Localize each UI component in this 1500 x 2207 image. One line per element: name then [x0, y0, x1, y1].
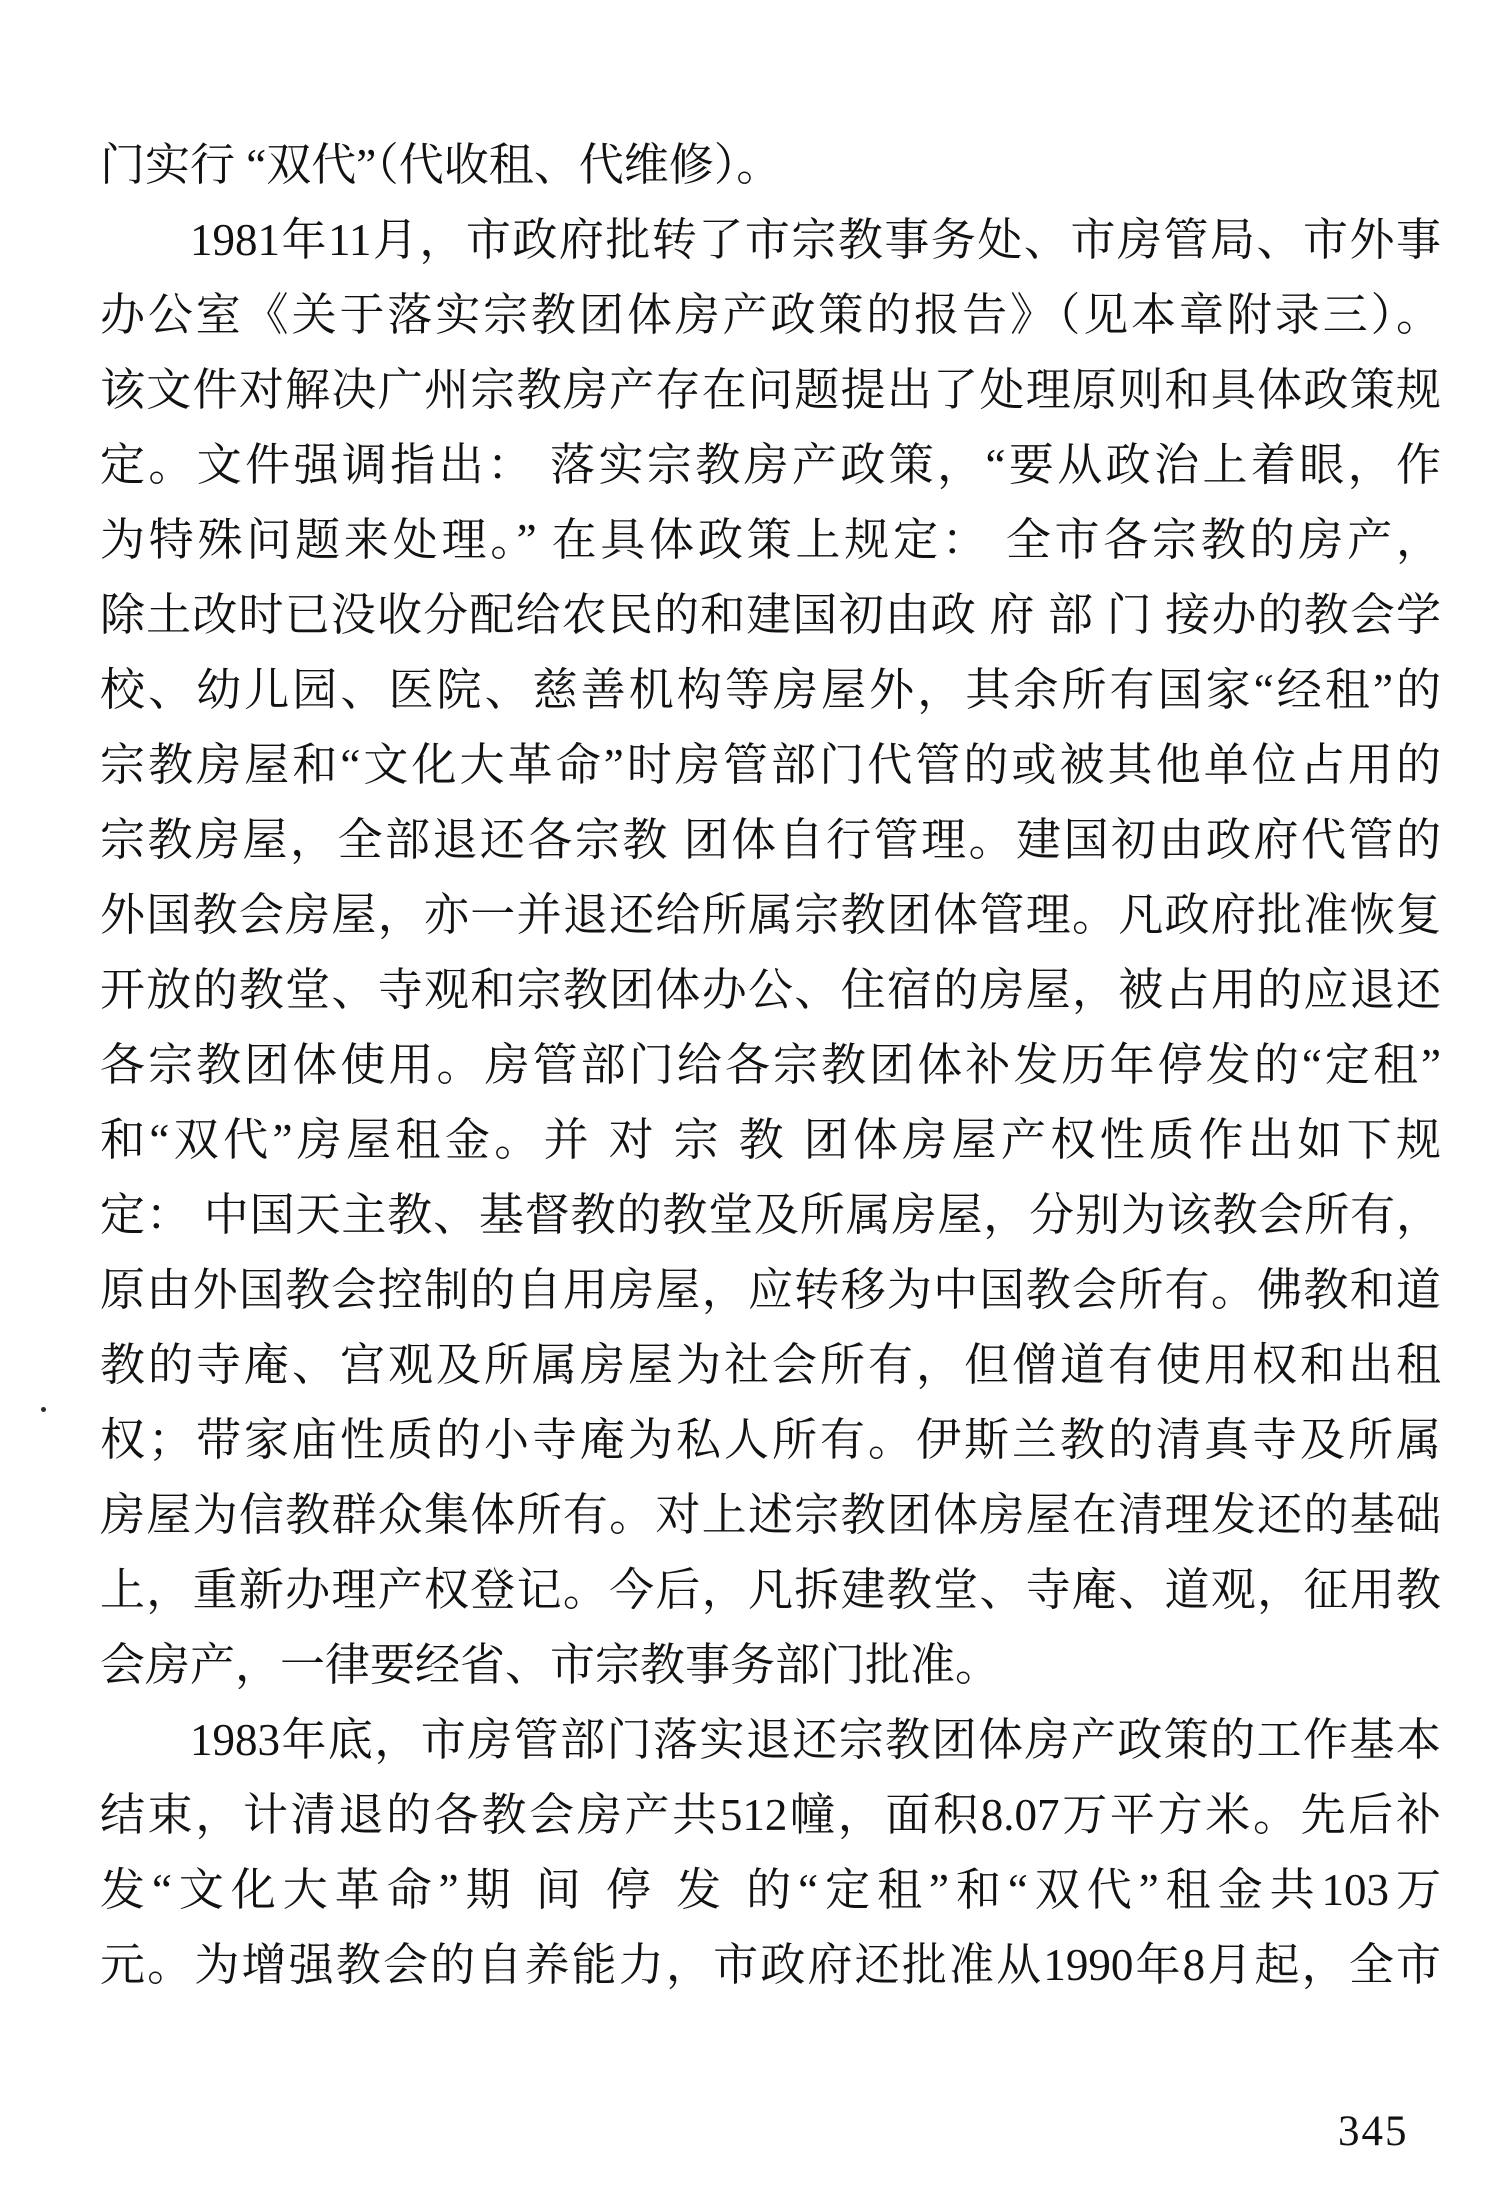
text-line: 为特殊问题来处理。” 在具体政策上规定： 全市各宗教的房产， — [100, 503, 1441, 578]
text-line: 开放的教堂、寺观和宗教团体办公、住宿的房屋，被占用的应退还 — [100, 953, 1441, 1028]
scan-speck — [41, 1407, 46, 1412]
text-line: 和“双代”房屋租金。并 对 宗 教 团体房屋产权性质作出如下规 — [100, 1103, 1441, 1178]
text-line: 校、幼儿园、医院、慈善机构等房屋外，其余所有国家“经租”的 — [100, 653, 1441, 728]
text-line: 门实行 “双代”（代收租、代维修）。 — [100, 128, 1441, 203]
page-number: 345 — [1338, 2106, 1409, 2158]
text-line: 房屋为信教群众集体所有。对上述宗教团体房屋在清理发还的基础 — [100, 1478, 1441, 1553]
text-line: 原由外国教会控制的自用房屋，应转移为中国教会所有。佛教和道 — [100, 1253, 1441, 1328]
text-line: 外国教会房屋，亦一并退还给所属宗教团体管理。凡政府批准恢复 — [100, 878, 1441, 953]
text-line: 元。为增强教会的自养能力，市政府还批准从1990年8月起，全市 — [100, 1928, 1441, 2003]
text-line: 发“文化大革命”期 间 停 发 的“定租”和“双代”租金共103万 — [100, 1853, 1441, 1928]
text-line: 上，重新办理产权登记。今后，凡拆建教堂、寺庵、道观，征用教 — [100, 1553, 1441, 1628]
text-line: 教的寺庵、宫观及所属房屋为社会所有，但僧道有使用权和出租 — [100, 1328, 1441, 1403]
text-line: 1983年底，市房管部门落实退还宗教团体房产政策的工作基本 — [100, 1703, 1441, 1778]
text-line: 除土改时已没收分配给农民的和建国初由政 府 部 门 接办的教会学 — [100, 578, 1441, 653]
text-line: 结束，计清退的各教会房产共512幢，面积8.07万平方米。先后补 — [100, 1778, 1441, 1853]
text-line: 各宗教团体使用。房管部门给各宗教团体补发历年停发的“定租” — [100, 1028, 1441, 1103]
book-page: 门实行 “双代”（代收租、代维修）。 1981年11月，市政府批转了市宗教事务处… — [0, 0, 1500, 2207]
text-line: 该文件对解决广州宗教房产存在问题提出了处理原则和具体政策规 — [100, 353, 1441, 428]
text-line: 权；带家庙性质的小寺庵为私人所有。伊斯兰教的清真寺及所属 — [100, 1403, 1441, 1478]
text-line: 1981年11月，市政府批转了市宗教事务处、市房管局、市外事 — [100, 203, 1441, 278]
page-text: 门实行 “双代”（代收租、代维修）。 1981年11月，市政府批转了市宗教事务处… — [100, 128, 1441, 2003]
text-line: 宗教房屋和“文化大革命”时房管部门代管的或被其他单位占用的 — [100, 728, 1441, 803]
text-line: 宗教房屋，全部退还各宗教 团体自行管理。建国初由政府代管的 — [100, 803, 1441, 878]
text-line: 定： 中国天主教、基督教的教堂及所属房屋，分别为该教会所有， — [100, 1178, 1441, 1253]
text-line: 办公室《关于落实宗教团体房产政策的报告》（见本章附录三）。 — [100, 278, 1441, 353]
text-line: 会房产，一律要经省、市宗教事务部门批准。 — [100, 1628, 1441, 1703]
text-line: 定。文件强调指出： 落实宗教房产政策，“要从政治上着眼，作 — [100, 428, 1441, 503]
